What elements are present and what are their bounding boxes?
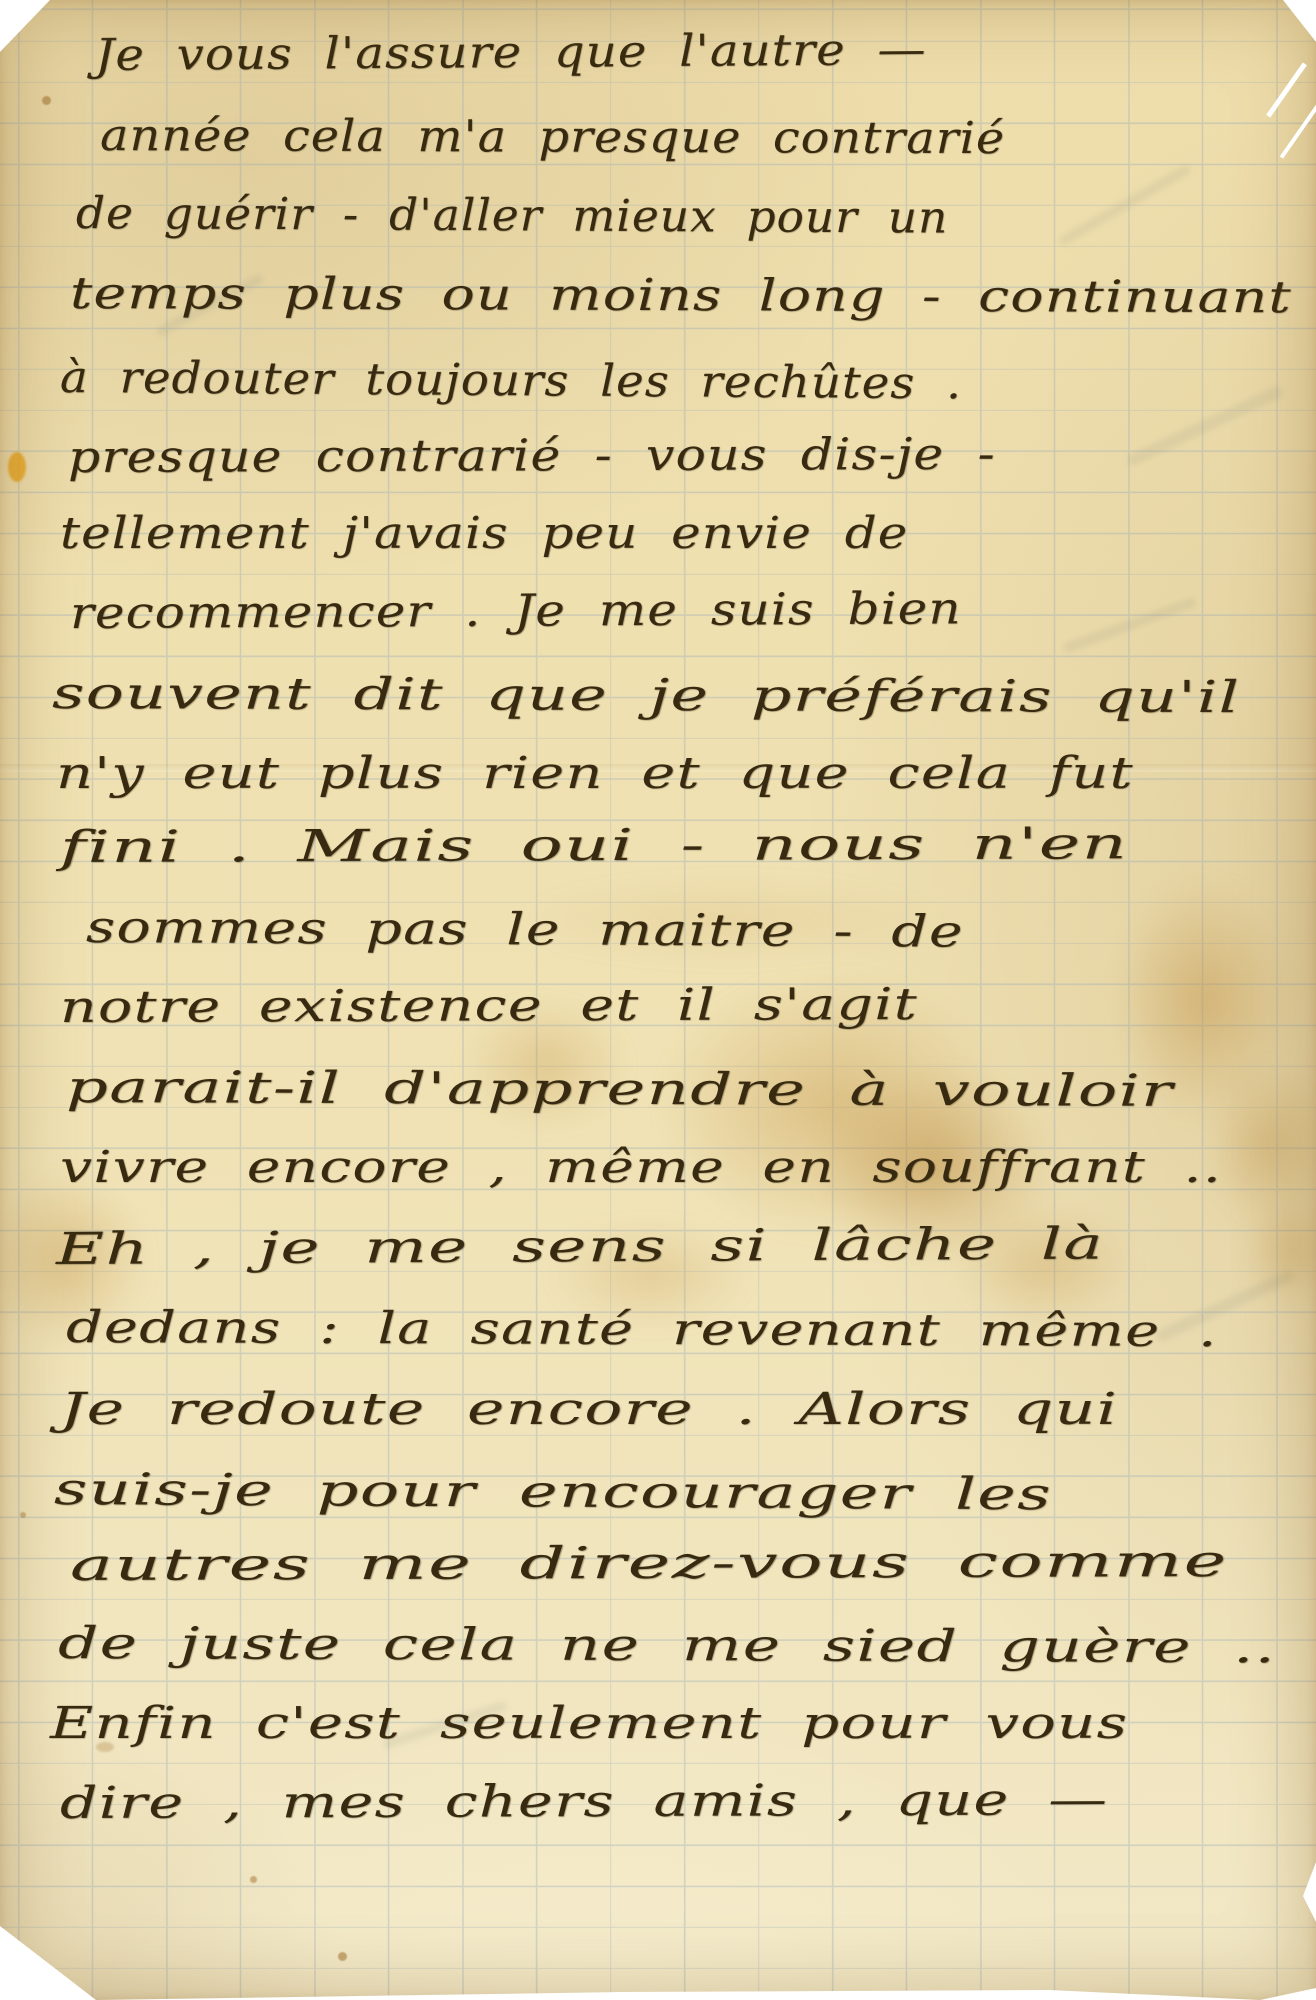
paper-spot xyxy=(8,452,26,482)
letter-line: Enfin c'est seulement pour vous xyxy=(50,1696,1128,1751)
letter-line: fini . Mais oui - nous n'en xyxy=(60,816,1128,875)
paper-spot xyxy=(338,1952,347,1961)
scanned-letter: Je vous l'assure que l'autre — année cel… xyxy=(0,0,1316,2000)
ghost-mark xyxy=(1063,596,1198,653)
letter-line: Je vous l'assure que l'autre — xyxy=(95,22,927,83)
ghost-mark xyxy=(1125,385,1284,468)
letter-line: notre existence et il s'agit xyxy=(60,977,918,1035)
letter-line: autres me direz-vous comme xyxy=(70,1534,1228,1593)
letter-line: n'y eut plus rien et que cela fut xyxy=(56,746,1134,801)
letter-line: recommencer . Je me suis bien xyxy=(70,581,962,641)
letter-line: année cela m'a presque contrarié xyxy=(100,108,1005,166)
paper-spot xyxy=(42,96,51,105)
stain xyxy=(1225,1170,1316,1330)
paper-spot xyxy=(250,1876,257,1883)
letter-line: dire , mes chers amis , que — xyxy=(60,1772,1108,1831)
stain xyxy=(1080,830,1316,1170)
letter-page: Je vous l'assure que l'autre — année cel… xyxy=(0,0,1316,2000)
letter-line: souvent dit que je préférais qu'il xyxy=(52,666,1240,725)
letter-line: temps plus ou moins long - continuant xyxy=(70,266,1292,325)
letter-line: dedans : la santé revenant même . xyxy=(66,1300,1218,1359)
letter-line: presque contrarié - vous dis-je - xyxy=(68,427,996,485)
letter-line: de juste cela ne me sied guère .. xyxy=(58,1616,1276,1675)
letter-line: tellement j'avais peu envie de xyxy=(60,506,908,561)
letter-line: sommes pas le maitre - de xyxy=(86,900,964,960)
letter-line: à redouter toujours les rechûtes . xyxy=(60,350,962,411)
letter-line: parait-il d'apprendre à vouloir xyxy=(66,1060,1174,1119)
paper-spot xyxy=(20,1512,26,1518)
ghost-mark xyxy=(1058,163,1193,247)
letter-line: suis-je pour encourager les xyxy=(54,1462,1052,1522)
letter-line: de guérir - d'aller mieux pour un xyxy=(76,186,949,246)
letter-line: vivre encore , même en souffrant .. xyxy=(60,1140,1222,1195)
letter-line: Eh , je me sens si lâche là xyxy=(56,1217,1104,1277)
letter-line: Je redoute encore . Alors qui xyxy=(60,1382,1118,1437)
